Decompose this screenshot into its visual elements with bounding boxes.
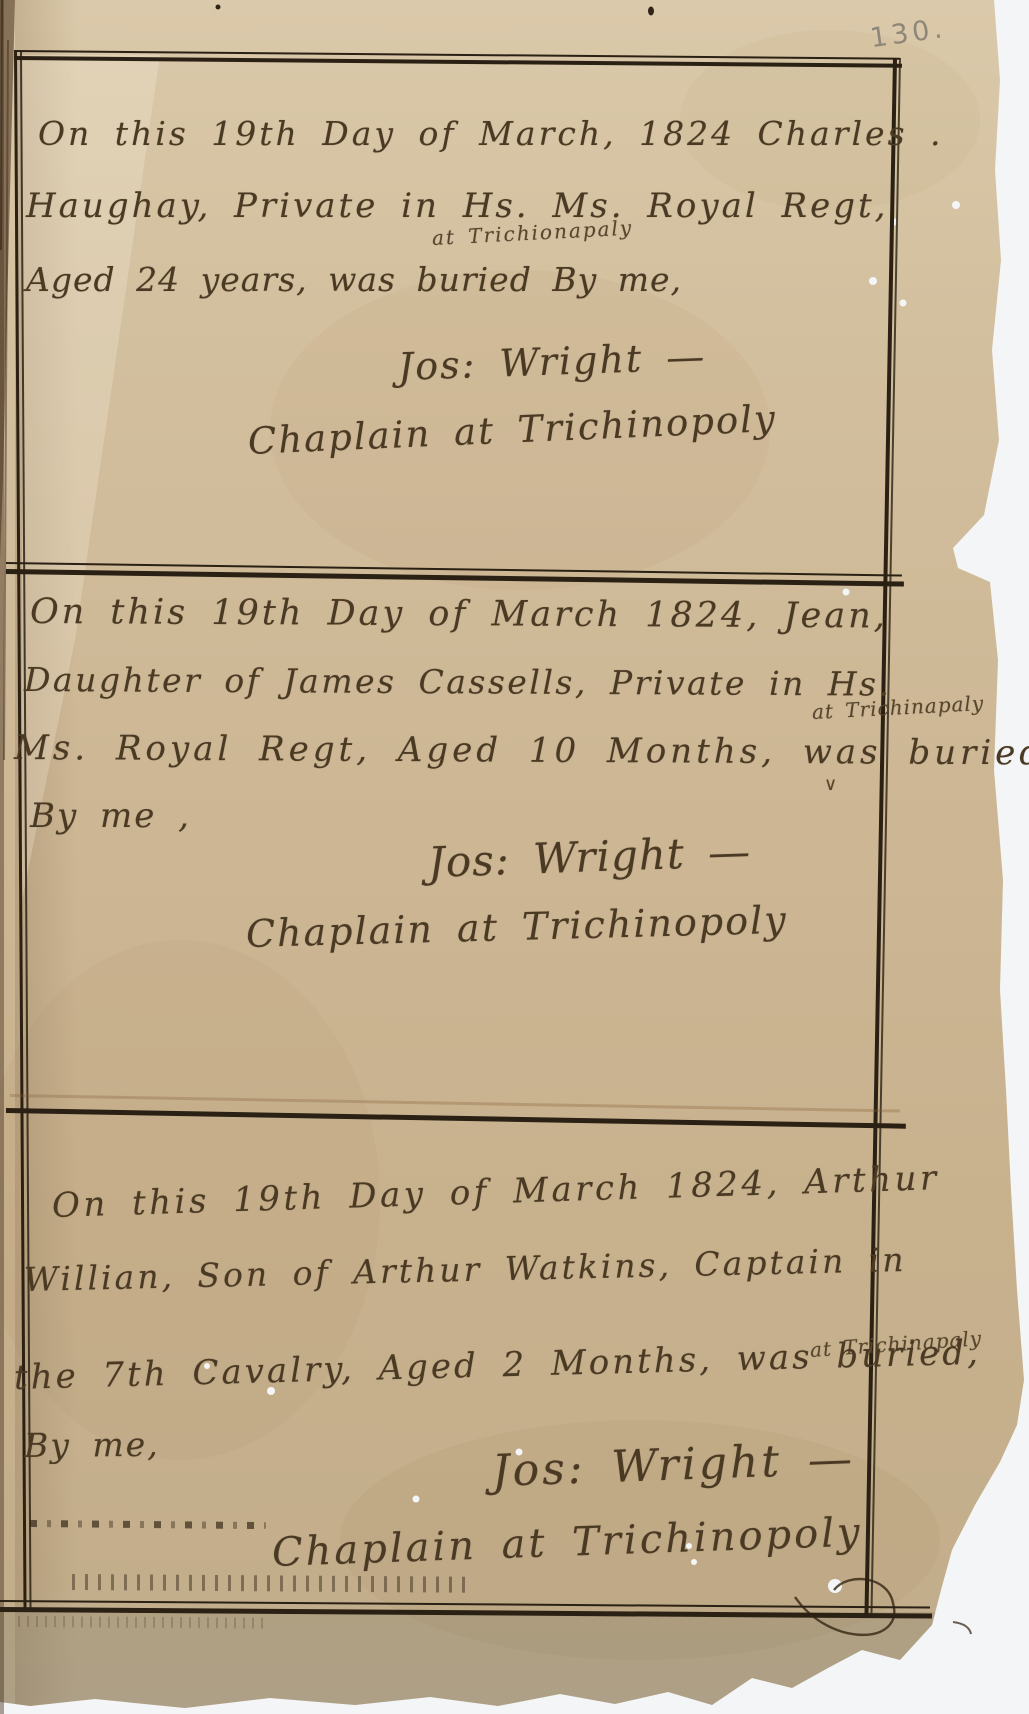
entry-2-line-4: By me , [30, 796, 191, 836]
entry-2-insertion-caret: ∨ [824, 774, 839, 795]
ink-transfer-marks-row-2 [72, 1574, 472, 1593]
entry-1-line-2: Haughay, Private in Hs. Ms. Royal Regt, [26, 186, 889, 226]
entry-1-line-1: On this 19th Day of March, 1824 Charles … [38, 114, 944, 153]
entry-2-line-1: On this 19th Day of March 1824, Jean, [30, 592, 888, 636]
burial-register-page: 130. On this 19th Day of March, 1824 Cha… [0, 0, 1029, 1714]
ink-transfer-marks-row-3 [18, 1616, 268, 1629]
entry-2-line-3: Ms. Royal Regt, Aged 10 Months, was buri… [14, 728, 1029, 773]
entry-3-line-4: By me, [24, 1425, 160, 1465]
entry-2-line-2: Daughter of James Cassells, Private in H… [24, 660, 892, 704]
entry-1-line-3: Aged 24 years, was buried By me, [26, 260, 682, 299]
